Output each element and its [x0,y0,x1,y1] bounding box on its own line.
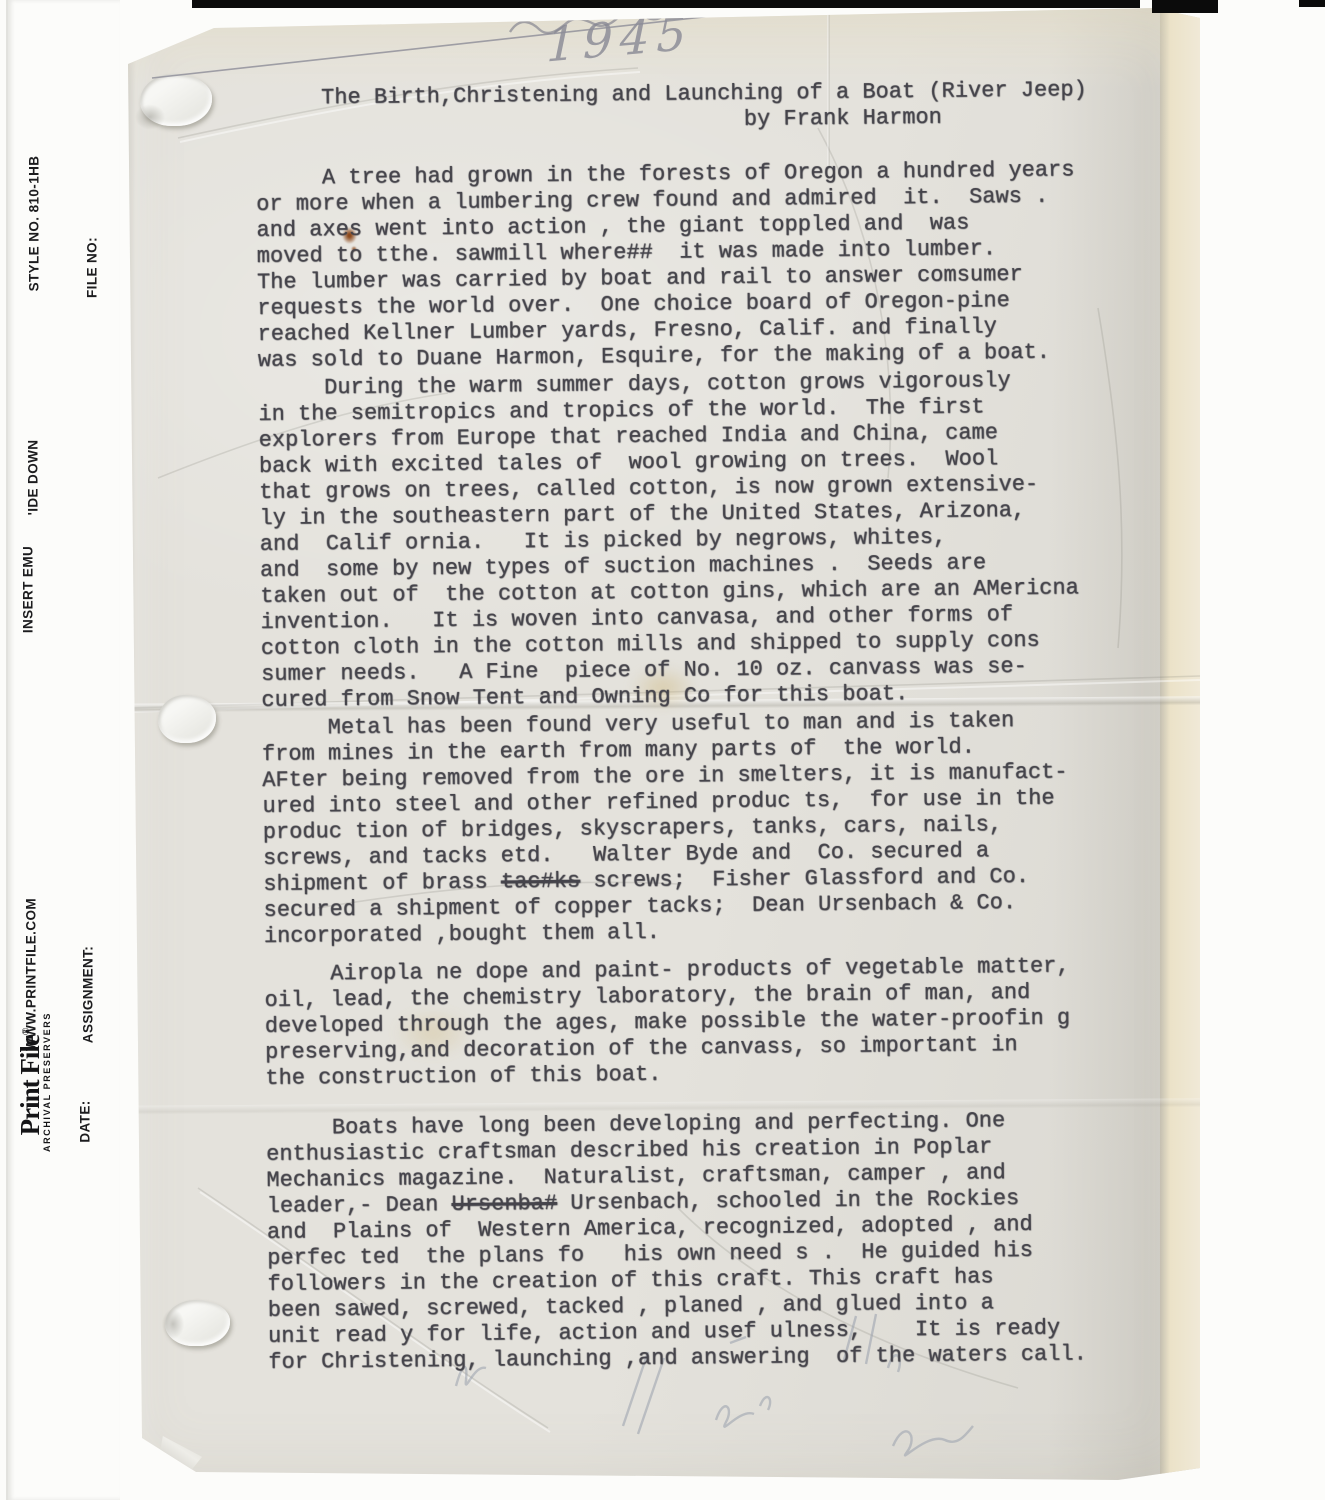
handwritten-year: 1945 [546,5,694,73]
strikethrough-text: Ursenba# [451,1191,557,1217]
sleeve-insert-label: INSERT EMU [21,505,36,675]
scanned-document: { "pencil": { "year": "1945" }, "sleeve"… [0,0,1325,1500]
registered-trademark-icon: ® [21,1029,32,1035]
sleeve-file-number-label: FILE NO: [85,183,100,353]
sleeve-date-label: DATE: [78,1037,93,1207]
paper-tear-shadow [130,100,170,134]
paper-folded-edge [1160,8,1200,1480]
printfile-brand-name: Print File® [14,997,43,1167]
paragraph-1: A tree had grown in the forests of Orego… [256,157,1077,374]
scanner-edge-bar [192,0,1140,8]
printfile-tagline: ARCHIVAL PRESERVERS [43,997,52,1167]
scanner-edge-bar [1152,0,1218,13]
paragraph-4: Airopla ne dope and paint- products of v… [264,954,1071,1092]
paper-tear-shadow [158,1304,188,1344]
paragraph-3: Metal has been found very useful to man … [262,708,1070,950]
title-block: The Birth,Christening and Launching of a… [255,77,1087,138]
printfile-logo: Print File® ARCHIVAL PRESERVERS [14,997,52,1167]
paper-tear [158,695,216,743]
strikethrough-text: tac#ks [501,869,580,895]
paragraph-2: During the warm summer days, cotton grow… [258,367,1080,714]
scanner-edge-bar [1299,0,1325,7]
archival-sleeve [6,0,120,1500]
paragraph-5: Boats have long been developing and perf… [266,1107,1087,1376]
sleeve-style-number: STYLE NO. 810-1HB [27,139,42,309]
folded-corner [156,1436,202,1474]
